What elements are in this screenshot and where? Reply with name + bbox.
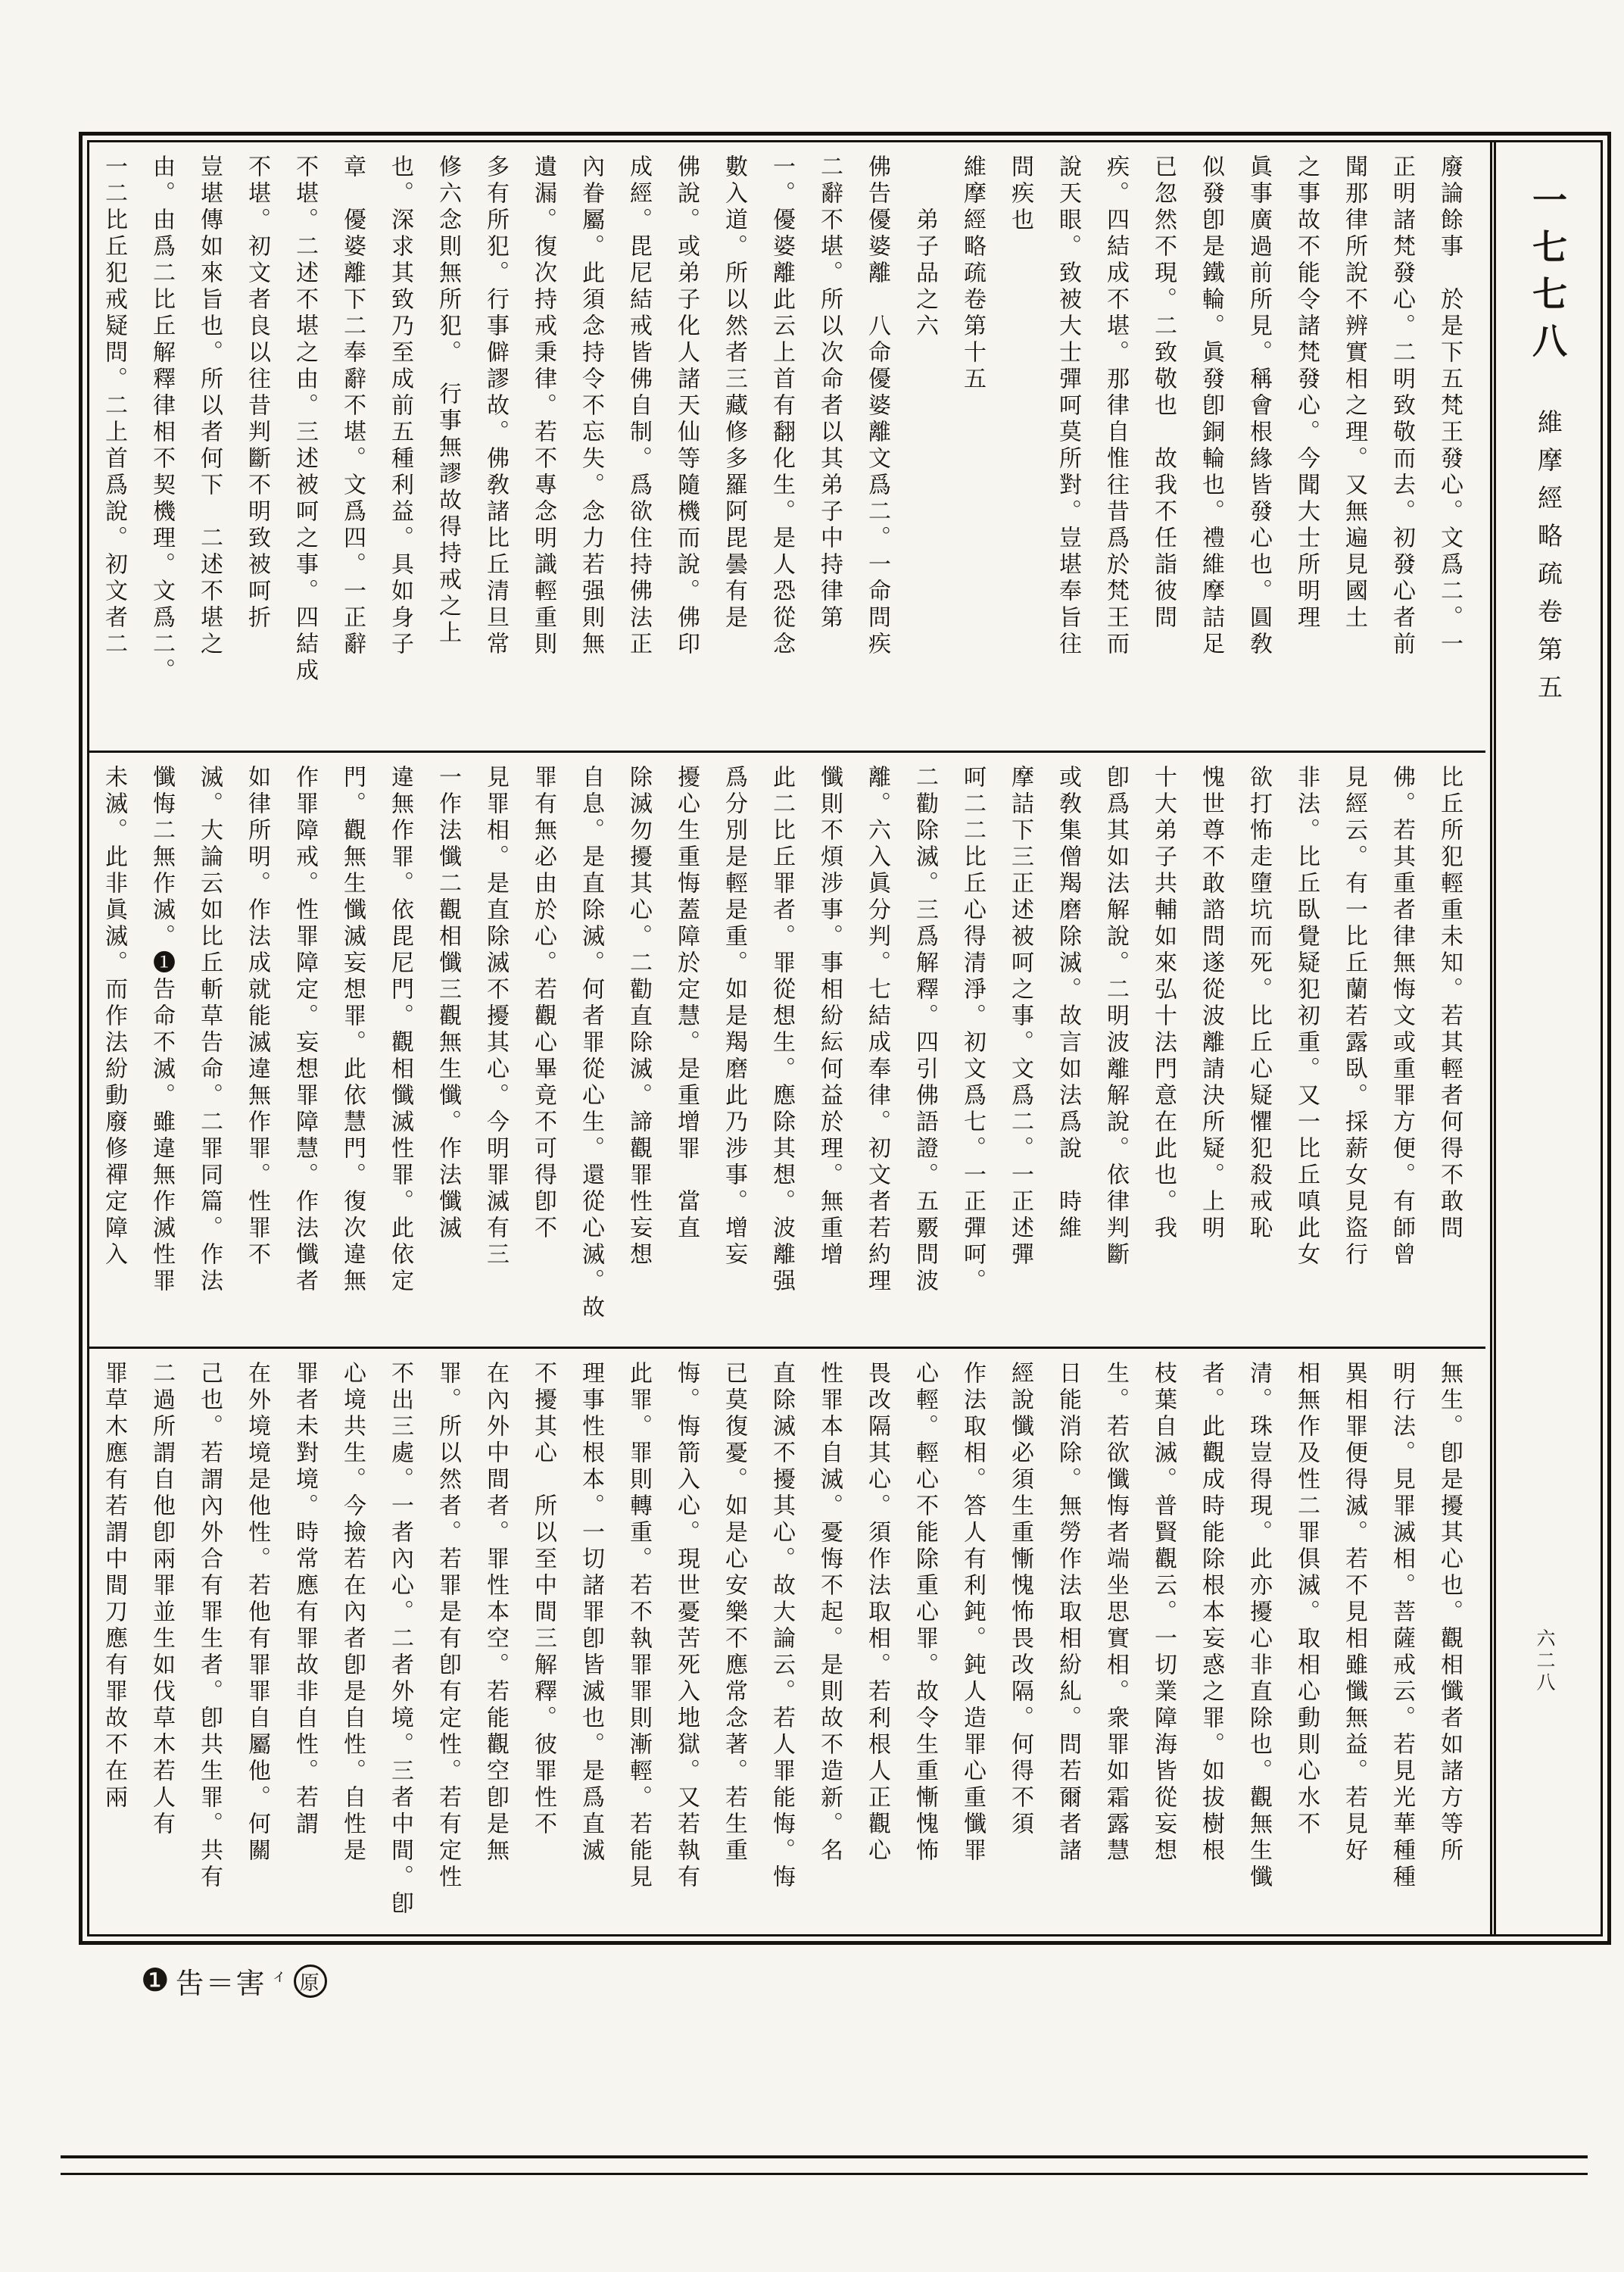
text-column: 生。若欲懺悔者端坐思實相。衆罪如霜露慧: [1092, 1361, 1139, 1928]
text-column: 卽爲其如法解說。二明波離解說。依律判斷: [1092, 765, 1139, 1340]
text-column: 不擾其心 所以至中間三解釋。彼罪性不: [519, 1361, 567, 1928]
footnote-source-siglum: 原: [294, 1965, 327, 1998]
text-column: 問疾也: [996, 154, 1044, 744]
text-column: 二勸除滅。三爲解釋。四引佛語證。五覈問波: [901, 765, 949, 1340]
text-column: 除滅勿擾其心。二勸直除滅。諦觀罪性妄想: [615, 765, 662, 1340]
text-column: 成經。毘尼結戒皆佛自制。爲欲住持佛法正: [615, 154, 662, 744]
text-column: 見罪相。是直除滅不擾其心。今明罪滅有三: [472, 765, 519, 1340]
scanned-page: { "margin": { "series_no": "一七七八", "volu…: [0, 0, 1624, 2272]
text-column: 直除滅不擾其心。故大論云。若人罪能悔。悔: [758, 1361, 806, 1928]
footnote-marker: ❶: [141, 1965, 171, 1997]
text-column: 二辭不堪。所以次命者以其弟子中持律第: [806, 154, 853, 744]
text-column: 心輕。輕心不能除重心罪。故令生重慚愧怖: [901, 1361, 949, 1928]
text-column: 罪有無必由於心。若觀心畢竟不可得卽不: [519, 765, 567, 1340]
bottom-rule-upper: [61, 2155, 1588, 2158]
text-column: 性罪本自滅。憂悔不起。是則故不造新。名: [806, 1361, 853, 1928]
text-column: 罪。所以然者。若罪是有卽有定性。若有定性: [424, 1361, 472, 1928]
text-column: 比丘所犯輕重未知。若其輕者何得不敢問: [1426, 765, 1473, 1340]
text-column: 不堪。初文者良以往昔判斷不明致被呵折: [233, 154, 281, 744]
text-column: 悔。悔箭入心。現世憂苦死入地獄。又若執有: [662, 1361, 710, 1928]
text-column: 也。深求其致乃至成前五種利益。具如身子: [376, 154, 424, 744]
text-column: 佛說。或弟子化人諸天仙等隨機而說。佛印: [662, 154, 710, 744]
text-column: 離。六入眞分判。七結成奉律。初文者若約理: [853, 765, 901, 1340]
text-column: 一作法懺二觀相懺三觀無生懺。作法懺滅: [424, 765, 472, 1340]
text-column: 已莫復憂。如是心安樂不應常念著。若生重: [710, 1361, 758, 1928]
text-column: 理事性根本。一切諸罪卽皆滅也。是爲直滅: [567, 1361, 615, 1928]
text-column: 多有所犯。行事僻謬故。佛敎諸比丘清旦常: [472, 154, 519, 744]
collation-footnote: ❶ 吿＝害 ィ 原: [141, 1960, 327, 2002]
text-column: 豈堪傳如來旨也。所以者何下 二述不堪之: [185, 154, 233, 744]
text-column: 見經云。有一比丘蘭若露臥。採薪女見盜行: [1330, 765, 1378, 1340]
text-column: 遺漏。復次持戒秉律。若不專念明識輕重則: [519, 154, 567, 744]
folio-number: 六二八: [1531, 1628, 1557, 1694]
text-column: 不出三處。一者內心。二者外境。三者中間。卽: [376, 1361, 424, 1928]
text-column: 作法取相。答人有利鈍。鈍人造罪心重懺罪: [949, 1361, 996, 1928]
register-top: 廢論餘事 於是下五梵王發心。文爲二。一正明諸梵發心。二明致敬而去。初發心者前聞那…: [89, 142, 1485, 753]
text-column: 異相罪便得滅。若不見相雖懺無益。若見好: [1330, 1361, 1378, 1928]
text-column: 已忽然不現。二致敬也 故我不任詣彼問: [1139, 154, 1187, 744]
text-column: 由。由爲二比丘解釋律相不契機理。文爲二。: [138, 154, 185, 744]
text-column: 佛告優婆離 八命優婆離文爲二。一命問疾: [853, 154, 901, 744]
text-column: 維摩經略疏卷第十五: [949, 154, 996, 744]
text-column: 清。珠豈得現。此亦擾心非直除也。觀無生懺: [1235, 1361, 1283, 1928]
text-column: 心境共生。今撿若在內者卽是自性。自性是: [329, 1361, 376, 1928]
text-column: 日能消除。無勞作法取相紛糺。問若爾者諸: [1044, 1361, 1092, 1928]
text-column: 無生。卽是擾其心也。觀相懺者如諸方等所: [1426, 1361, 1473, 1928]
text-column: 修六念則無所犯。 行事無謬故得持戒之上: [424, 154, 472, 744]
text-column: 相無作及性二罪俱滅。取相心動則心水不: [1283, 1361, 1330, 1928]
footnote-variant-kana: ィ: [271, 1963, 289, 1986]
volume-title: 維摩經略疏卷第五: [1528, 409, 1567, 712]
text-column: 一。優婆離此云上首有翻化生。是人恐從念: [758, 154, 806, 744]
text-column: 己也。若謂內外合有罪生者。卽共生罪。共有: [185, 1361, 233, 1928]
text-column: 自息。是直除滅。何者罪從心生。還從心滅。故: [567, 765, 615, 1340]
text-column: 正明諸梵發心。二明致敬而去。初發心者前: [1378, 154, 1426, 744]
text-column: 一二比丘犯戒疑問。二上首爲說。初文者二: [90, 154, 138, 744]
text-area: 廢論餘事 於是下五梵王發心。文爲二。一正明諸梵發心。二明致敬而去。初發心者前聞那…: [89, 142, 1485, 1934]
text-column: 如律所明。作法成就能滅違無作罪。性罪不: [233, 765, 281, 1340]
page-frame-inner-rule: 廢論餘事 於是下五梵王發心。文爲二。一正明諸梵發心。二明致敬而去。初發心者前聞那…: [87, 140, 1603, 1937]
text-column: 經說懺必須生重慚愧怖畏改隔。何得不須: [996, 1361, 1044, 1928]
text-column: 摩詰下三正述被呵之事。文爲二。一正述彈: [996, 765, 1044, 1340]
text-column: 內眷屬。此須念持令不忘失。念力若强則無: [567, 154, 615, 744]
text-column: 罪者未對境。時常應有罪故非自性。若謂: [281, 1361, 329, 1928]
text-column: 說天眼。致被大士彈呵莫所對。豈堪奉旨往: [1044, 154, 1092, 744]
text-column: 在內外中間者。罪性本空。若能觀空卽是無: [472, 1361, 519, 1928]
text-column: 在外境境是他性。若他有罪罪自屬他。何關: [233, 1361, 281, 1928]
text-column: 此罪。罪則轉重。若不執罪罪則漸輕。若能見: [615, 1361, 662, 1928]
text-column: 此二比丘罪者。罪從想生。應除其想。波離强: [758, 765, 806, 1340]
footnote-text: 吿＝害: [176, 1960, 267, 2002]
text-column: 疾。四結成不堪。那律自惟往昔爲於梵王而: [1092, 154, 1139, 744]
text-column: 枝葉自滅。普賢觀云。一切業障海皆從妄想: [1139, 1361, 1187, 1928]
bottom-rule-lower: [61, 2173, 1588, 2175]
text-column: 呵二二比丘心得清淨。初文爲七。一正彈呵。: [949, 765, 996, 1340]
text-column: 愧世尊不敢諮問遂從波離請決所疑。上明: [1187, 765, 1235, 1340]
text-column: 十大弟子共輔如來弘十法門意在此也。我: [1139, 765, 1187, 1340]
text-column: 非法。比丘臥覺疑犯初重。又一比丘嗔此女: [1283, 765, 1330, 1340]
text-column: 擾心生重悔蓋障於定慧。是重增罪 當直: [662, 765, 710, 1340]
text-column: 爲分別是輕是重。如是羯磨此乃涉事。增妄: [710, 765, 758, 1340]
text-column: 門。觀無生懺滅妄想罪。此依慧門。復次違無: [329, 765, 376, 1340]
text-column: 佛。若其重者律無悔文或重罪方便。有師曾: [1378, 765, 1426, 1340]
register-middle: 比丘所犯輕重未知。若其輕者何得不敢問佛。若其重者律無悔文或重罪方便。有師曾見經云…: [89, 753, 1485, 1349]
margin-column: 一七七八 維摩經略疏卷第五 六二八: [1498, 142, 1601, 1934]
register-bottom: 無生。卽是擾其心也。觀相懺者如諸方等所明行法。見罪滅相。菩薩戒云。若見光華種種異…: [89, 1349, 1485, 1934]
text-column: 不堪。二述不堪之由。三述被呵之事。四結成: [281, 154, 329, 744]
text-column: 或敎集僧羯磨除滅。故言如法爲說 時維: [1044, 765, 1092, 1340]
text-column: 數入道。所以然者三藏修多羅阿毘曇有是: [710, 154, 758, 744]
text-column: 懺悔二無作滅。❶告命不滅。雖違無作滅性罪: [138, 765, 185, 1340]
text-column: 者。此觀成時能除根本妄惑之罪。如拔樹根: [1187, 1361, 1235, 1928]
text-column: 章 優婆離下二奉辭不堪。文爲四。一正辭: [329, 154, 376, 744]
text-column: 聞那律所說不辨實相之理。又無遍見國土: [1330, 154, 1378, 744]
text-column: 二過所謂自他卽兩罪並生如伐草木若人有: [138, 1361, 185, 1928]
page-frame: 廢論餘事 於是下五梵王發心。文爲二。一正明諸梵發心。二明致敬而去。初發心者前聞那…: [79, 132, 1611, 1945]
text-column: 作罪障戒。性罪障定。妄想罪障慧。作法懺者: [281, 765, 329, 1340]
text-column: 滅。大論云如比丘斬草告命。二罪同篇。作法: [185, 765, 233, 1340]
text-column: 未滅。此非眞滅。而作法紛動廢修禪定障入: [90, 765, 138, 1340]
text-column: 眞事廣過前所見。稱會根緣皆發心也。圓敎: [1235, 154, 1283, 744]
text-column: 廢論餘事 於是下五梵王發心。文爲二。一: [1426, 154, 1473, 744]
text-column: 欲打怖走墮坑而死。比丘心疑懼犯殺戒恥: [1235, 765, 1283, 1340]
text-column: 之事故不能令諸梵發心。今聞大士所明理: [1283, 154, 1330, 744]
text-column: 罪草木應有若謂中間刀應有罪故不在兩: [90, 1361, 138, 1928]
text-column: 弟子品之六: [901, 154, 949, 744]
text-column: 違無作罪。依毘尼門。觀相懺滅性罪。此依定: [376, 765, 424, 1340]
text-column: 明行法。見罪滅相。菩薩戒云。若見光華種種: [1378, 1361, 1426, 1928]
text-column: 畏改隔其心。須作法取相。若利根人正觀心: [853, 1361, 901, 1928]
margin-divider-rule: [1490, 142, 1496, 1934]
series-number: 一七七八: [1520, 182, 1573, 370]
text-column: 懺則不煩涉事。事相紛紜何益於理。無重增: [806, 765, 853, 1340]
text-column: 似發卽是鐵輪。眞發卽銅輪也。禮維摩詰足: [1187, 154, 1235, 744]
